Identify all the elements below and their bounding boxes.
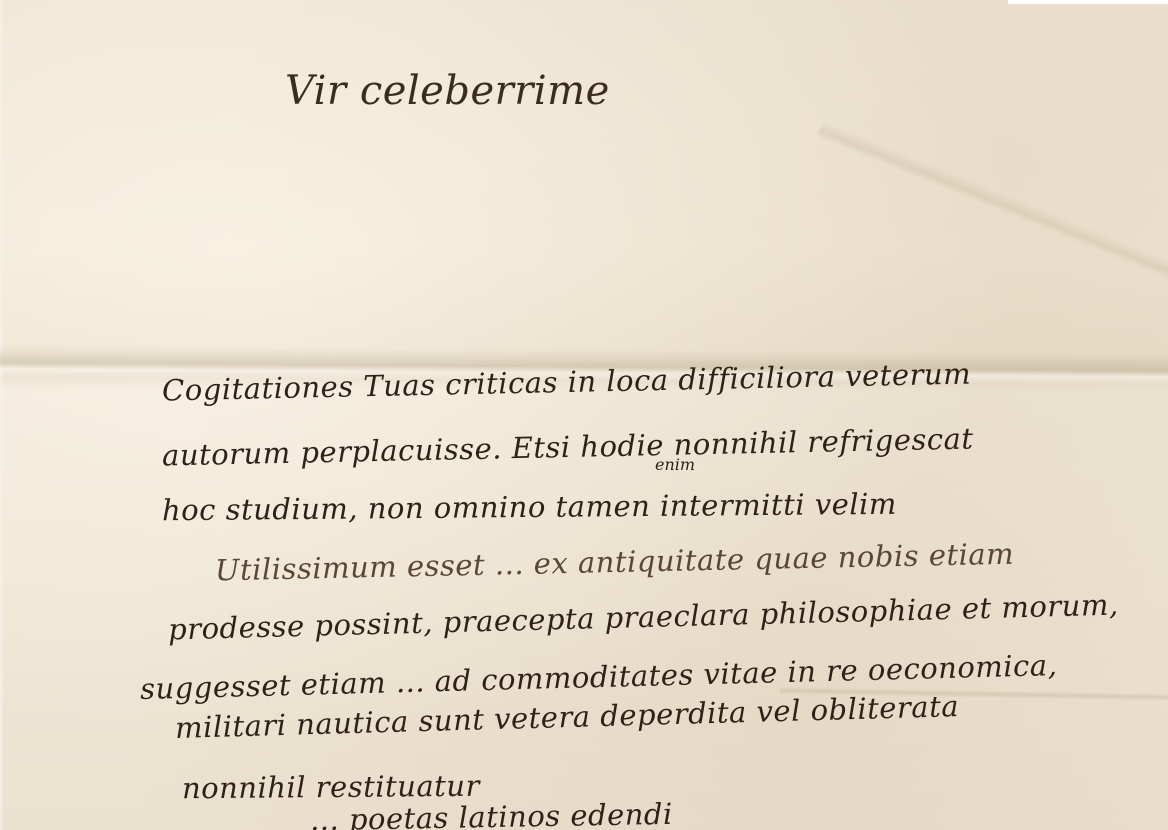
manuscript-page: Vir celeberrime Cogitationes Tuas critic… [0,0,1168,830]
paper-crease [817,121,1168,295]
text-line-9: ... poetas latinos edendi [310,797,673,830]
interlinear-insertion: enim [655,455,695,474]
salutation: Vir celeberrime [285,68,610,114]
text-line-3: hoc studium, non omnino tamen intermitti… [162,487,897,527]
text-line-4: Utilissimum esset ... ex antiquitate qua… [215,537,1015,588]
text-line-8: nonnihil restituatur [182,769,480,806]
paper-edge [0,0,4,830]
text-line-2: autorum perplacuisse. Etsi hodie nonnihi… [162,422,974,473]
text-line-5: prodesse possint, praecepta praeclara ph… [168,588,1119,647]
scan-border [1008,0,1168,4]
